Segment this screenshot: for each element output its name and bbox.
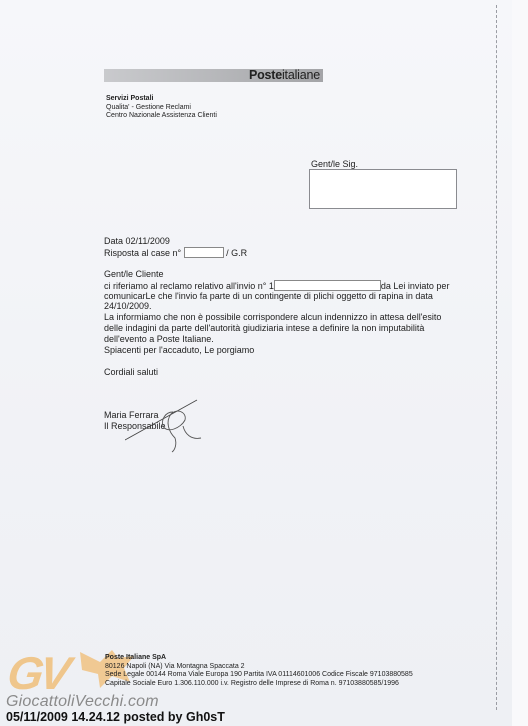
body-line-4: La informiamo che non è possibile corris…: [104, 312, 441, 323]
case-suffix: / G.R: [226, 248, 247, 258]
body-line-2: comunicarLe che l'invio fa parte di un c…: [104, 291, 433, 302]
logo-bold: Poste: [249, 68, 282, 82]
sender-department: Servizi Postali: [106, 95, 217, 104]
footer-address: 80126 Napoli (NA) Via Montagna Spaccata …: [105, 663, 413, 672]
page-edge: [512, 0, 528, 726]
footer-company-info: Poste Italiane SpA 80126 Napoli (NA) Via…: [105, 654, 413, 688]
sender-sub-department: Qualita' - Gestione Reclami: [106, 104, 217, 113]
footer-company: Poste Italiane SpA: [105, 654, 413, 663]
poste-italiane-logo-bar: Posteitaliane: [104, 69, 323, 82]
scanned-letter: Posteitaliane Servizi Postali Qualita' -…: [0, 0, 528, 726]
shipment-number-redacted: [274, 280, 381, 291]
body-line-7: Spiacenti per l'accaduto, Le porgiamo: [104, 345, 254, 356]
case-reference: Risposta al case n° / G.R: [104, 247, 247, 259]
case-prefix: Risposta al case n°: [104, 248, 181, 258]
body-line-5: delle indagini da parte dell'autorità gi…: [104, 323, 424, 334]
footer-legal-seat: Sede Legale 00144 Roma Viale Europa 190 …: [105, 671, 413, 680]
line1-suffix: da Lei inviato per: [381, 281, 450, 291]
watermark-site-name: GiocattoliVecchi.com: [6, 693, 159, 711]
recipient-address-redacted: [309, 169, 457, 209]
date-line: Data 02/11/2009: [104, 236, 170, 247]
line1-prefix: ci riferiamo al reclamo relativo all'inv…: [104, 281, 274, 291]
footer-capital: Capitale Sociale Euro 1.306.110.000 i.v.…: [105, 680, 413, 689]
body-line-1: ci riferiamo al reclamo relativo all'inv…: [104, 280, 449, 292]
body-line-6: dell'evento a Poste Italiane.: [104, 334, 214, 345]
logo-regular: italiane: [282, 68, 320, 82]
case-number-redacted: [184, 247, 224, 258]
recipient-label: Gent/le Sig.: [311, 159, 358, 169]
sender-block: Servizi Postali Qualita' - Gestione Recl…: [106, 95, 217, 121]
fold-line: [496, 5, 497, 710]
handwritten-signature: [125, 398, 215, 453]
poste-italiane-logo: Posteitaliane: [249, 68, 320, 82]
salutation: Gent/le Cliente: [104, 269, 164, 280]
posted-caption: 05/11/2009 14.24.12 posted by Gh0sT: [6, 710, 225, 724]
sender-center: Centro Nazionale Assistenza Clienti: [106, 112, 217, 121]
closing: Cordiali saluti: [104, 367, 158, 378]
body-line-3: 24/10/2009.: [104, 301, 152, 312]
watermark-logo: GV: [4, 646, 70, 700]
